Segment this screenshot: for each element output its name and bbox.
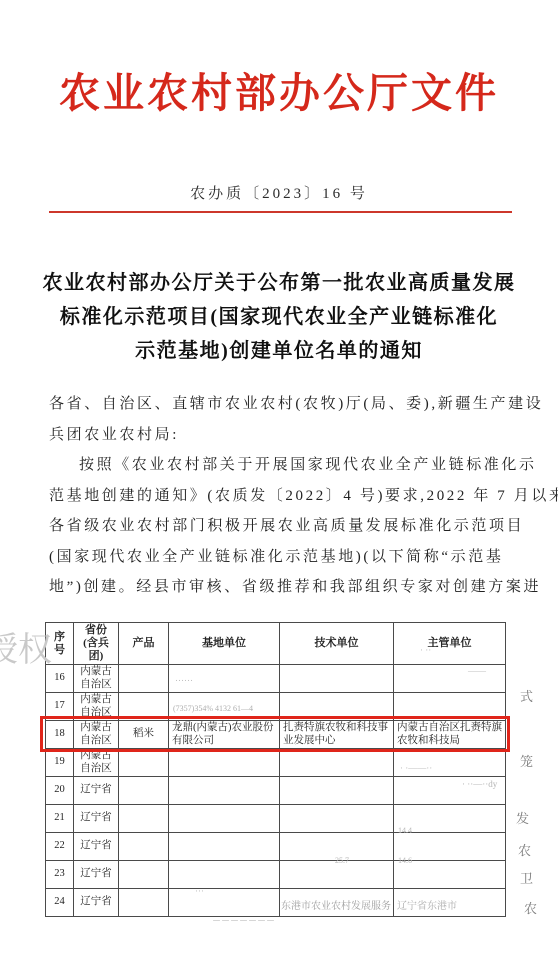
table-cell-admin — [394, 777, 506, 805]
table-cell-no: 17 — [46, 693, 74, 721]
table-cell-province: 辽宁省 — [74, 833, 119, 861]
table-cell-tech — [280, 861, 394, 889]
scan-bleed: 卫 — [520, 868, 533, 887]
table-cell-tech: 扎赉特旗农牧和科技事业发展中心 — [280, 721, 394, 749]
table-cell-admin — [394, 833, 506, 861]
table-cell-no: 18 — [46, 721, 74, 749]
scan-bleed: 笼 — [520, 751, 533, 770]
text-line: (国家现代农业全产业链标准化示范基地)(以下简称“示范基 — [49, 542, 515, 573]
table-cell-base: 龙鼎(内蒙古)农业股份有限公司 — [169, 721, 280, 749]
table-cell-province: 内蒙古自治区 — [74, 749, 119, 777]
scanned-document-page: 农业农村部办公厅文件 农办质〔2023〕16 号 农业农村部办公厅关于公布第一批… — [0, 0, 558, 962]
table-cell-no: 16 — [46, 665, 74, 693]
table-cell-product — [119, 777, 169, 805]
table-cell-tech — [280, 693, 394, 721]
column-header: 省份 (含兵团) — [74, 623, 119, 665]
column-header: 产品 — [119, 623, 169, 665]
table-cell-no: 19 — [46, 749, 74, 777]
table-row: 18内蒙古自治区稻米龙鼎(内蒙古)农业股份有限公司扎赉特旗农牧和科技事业发展中心… — [46, 721, 506, 749]
table-row: 17内蒙古自治区 — [46, 693, 506, 721]
table-cell-tech — [280, 889, 394, 917]
table-cell-base — [169, 833, 280, 861]
table-cell-base — [169, 805, 280, 833]
table-cell-admin — [394, 665, 506, 693]
table-body: 16内蒙古自治区17内蒙古自治区18内蒙古自治区稻米龙鼎(内蒙古)农业股份有限公… — [46, 665, 506, 917]
table-cell-base — [169, 889, 280, 917]
table-cell-admin — [394, 889, 506, 917]
table-cell-base — [169, 693, 280, 721]
table-cell-base — [169, 665, 280, 693]
text-line: 示范基地)创建单位名单的通知 — [30, 334, 528, 368]
table-row: 24辽宁省 — [46, 889, 506, 917]
scan-bleed: 式 — [520, 686, 533, 705]
table-row: 23辽宁省 — [46, 861, 506, 889]
table-cell-admin — [394, 749, 506, 777]
table-cell-product — [119, 805, 169, 833]
table-cell-base — [169, 749, 280, 777]
text-line: 兵团农业农村局: — [49, 420, 515, 451]
table-cell-province: 辽宁省 — [74, 805, 119, 833]
table-cell-no: 24 — [46, 889, 74, 917]
table-cell-no: 21 — [46, 805, 74, 833]
table-cell-province: 内蒙古自治区 — [74, 721, 119, 749]
scan-bleed: 农 — [524, 898, 537, 917]
text-line: 范基地创建的通知》(农质发〔2022〕4 号)要求,2022 年 7 月以来, — [49, 481, 515, 512]
document-title: 农业农村部办公厅关于公布第一批农业高质量发展标准化示范项目(国家现代农业全产业链… — [30, 266, 528, 368]
text-line: 各省、自治区、直辖市农业农村(农牧)厅(局、委),新疆生产建设 — [49, 389, 515, 420]
table-cell-product — [119, 693, 169, 721]
table-header-row: 序号省份 (含兵团)产品基地单位技术单位主管单位 — [46, 623, 506, 665]
table-cell-province: 辽宁省 — [74, 777, 119, 805]
table-cell-product: 稻米 — [119, 721, 169, 749]
text-line: 按照《农业农村部关于开展国家现代农业全产业链标准化示 — [49, 450, 515, 481]
letterhead-divider-rule — [49, 211, 512, 213]
document-number: 农办质〔2023〕16 号 — [0, 182, 558, 203]
unit-list-table: 序号省份 (含兵团)产品基地单位技术单位主管单位 16内蒙古自治区17内蒙古自治… — [45, 622, 506, 917]
table-cell-province: 辽宁省 — [74, 861, 119, 889]
table-cell-product — [119, 833, 169, 861]
column-header: 技术单位 — [280, 623, 394, 665]
table-cell-admin — [394, 861, 506, 889]
table-cell-base — [169, 777, 280, 805]
column-header: 主管单位 — [394, 623, 506, 665]
table-cell-base — [169, 861, 280, 889]
table-cell-product — [119, 889, 169, 917]
table-row: 20辽宁省 — [46, 777, 506, 805]
table-cell-tech — [280, 749, 394, 777]
table-row: 16内蒙古自治区 — [46, 665, 506, 693]
table-cell-tech — [280, 833, 394, 861]
table-cell-no: 20 — [46, 777, 74, 805]
table-cell-province: 内蒙古自治区 — [74, 665, 119, 693]
table-wrap: 序号省份 (含兵团)产品基地单位技术单位主管单位 16内蒙古自治区17内蒙古自治… — [45, 622, 505, 917]
scan-bleed: 农 — [518, 840, 531, 859]
table-cell-tech — [280, 665, 394, 693]
table-cell-admin — [394, 805, 506, 833]
table-cell-tech — [280, 805, 394, 833]
table-row: 21辽宁省 — [46, 805, 506, 833]
document-body: 各省、自治区、直辖市农业农村(农牧)厅(局、委),新疆生产建设兵团农业农村局:按… — [49, 389, 515, 603]
text-line: 各省级农业农村部门积极开展农业高质量发展标准化示范项目 — [49, 511, 515, 542]
table-header: 序号省份 (含兵团)产品基地单位技术单位主管单位 — [46, 623, 506, 665]
text-line: 标准化示范项目(国家现代农业全产业链标准化 — [30, 300, 528, 334]
table-cell-admin: 内蒙古自治区扎赉特旗农牧和科技局 — [394, 721, 506, 749]
column-header: 序号 — [46, 623, 74, 665]
table-cell-tech — [280, 777, 394, 805]
table-cell-province: 内蒙古自治区 — [74, 693, 119, 721]
table-cell-admin — [394, 693, 506, 721]
text-line: 地”)创建。经县市审核、省级推荐和我部组织专家对创建方案进 — [49, 572, 515, 603]
scan-bleed: 发 — [516, 808, 529, 827]
table-cell-product — [119, 861, 169, 889]
table-row: 19内蒙古自治区 — [46, 749, 506, 777]
table-cell-product — [119, 665, 169, 693]
text-line: 农业农村部办公厅关于公布第一批农业高质量发展 — [30, 266, 528, 300]
column-header: 基地单位 — [169, 623, 280, 665]
table-cell-province: 辽宁省 — [74, 889, 119, 917]
table-cell-product — [119, 749, 169, 777]
table-cell-no: 22 — [46, 833, 74, 861]
document-letterhead: 农业农村部办公厅文件 — [0, 60, 558, 119]
table-cell-no: 23 — [46, 861, 74, 889]
table-row: 22辽宁省 — [46, 833, 506, 861]
